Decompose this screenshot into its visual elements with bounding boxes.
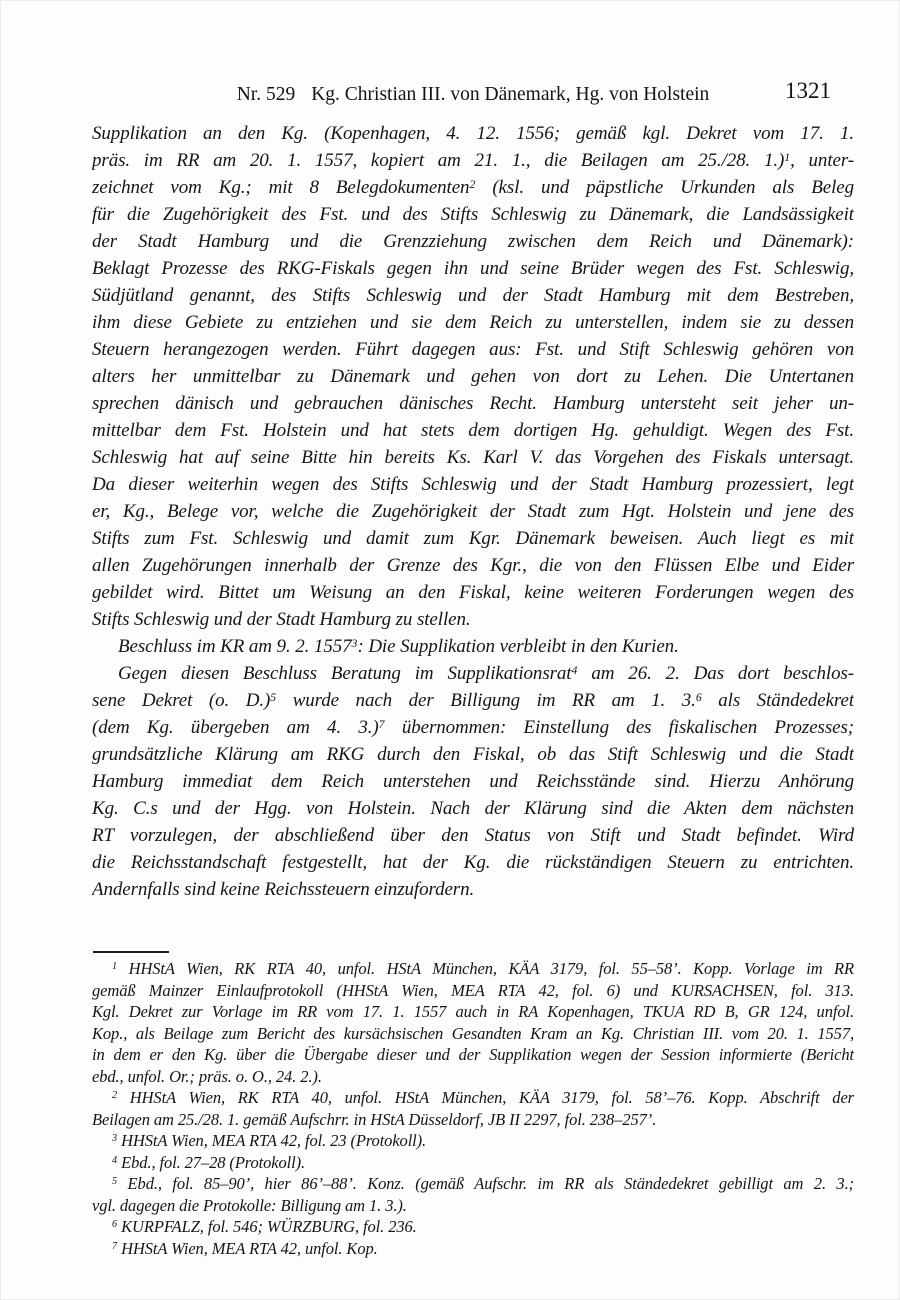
body-line: Supplikation an den Kg. (Kopenhagen, 4. … — [92, 120, 854, 147]
body-line: Südjütland genannt, des Stifts Schleswig… — [92, 282, 854, 309]
body-line: Schleswig hat auf seine Bitte hin bereit… — [92, 444, 854, 471]
footnote-line: 6 KURPFALZ, fol. 546; WÜRZBURG, fol. 236… — [92, 1216, 854, 1238]
body-line: Beschluss im KR am 9. 2. 15573: Die Supp… — [92, 633, 854, 660]
body-line: alters her unmittelbar zu Dänemark und g… — [92, 363, 854, 390]
footnote-line: in dem er den Kg. über die Übergabe dies… — [92, 1044, 854, 1066]
footnote-7: 7 HHStA Wien, MEA RTA 42, unfol. Kop. — [92, 1238, 854, 1260]
body-line: allen Zugehörungen innerhalb der Grenze … — [92, 552, 854, 579]
regest-paragraph-2: Beschluss im KR am 9. 2. 15573: Die Supp… — [92, 633, 854, 660]
body-line: für die Zugehörigkeit des Fst. und des S… — [92, 201, 854, 228]
body-line: Da dieser weiterhin wegen des Stifts Sch… — [92, 471, 854, 498]
body-line: die Reichsstandschaft festgestellt, hat … — [92, 849, 854, 876]
footnote-separator-rule — [93, 951, 169, 953]
body-line: gebildet wird. Bittet um Weisung an den … — [92, 579, 854, 606]
regest-paragraph-3: Gegen diesen Beschluss Beratung im Suppl… — [92, 660, 854, 903]
footnote-line: 2 HHStA Wien, RK RTA 40, unfol. HStA Mün… — [92, 1087, 854, 1109]
footnote-line: Beilagen am 25./28. 1. gemäß Aufschrr. i… — [92, 1109, 854, 1131]
footnote-3: 3 HHStA Wien, MEA RTA 42, fol. 23 (Proto… — [92, 1130, 854, 1152]
footnote-4: 4 Ebd., fol. 27–28 (Protokoll). — [92, 1152, 854, 1174]
footnote-line: 3 HHStA Wien, MEA RTA 42, fol. 23 (Proto… — [92, 1130, 854, 1152]
page-number: 1321 — [785, 78, 831, 104]
footnote-line: 4 Ebd., fol. 27–28 (Protokoll). — [92, 1152, 854, 1174]
body-line: RT vorzulegen, der abschließend über den… — [92, 822, 854, 849]
body-line: Beklagt Prozesse des RKG-Fiskals gegen i… — [92, 255, 854, 282]
body-line: er, Kg., Belege vor, welche die Zugehöri… — [92, 498, 854, 525]
footnote-line: 7 HHStA Wien, MEA RTA 42, unfol. Kop. — [92, 1238, 854, 1260]
body-line: der Stadt Hamburg und die Grenzziehung z… — [92, 228, 854, 255]
body-line: Stifts Schleswig und der Stadt Hamburg z… — [92, 606, 854, 633]
body-line: sprechen dänisch und gebrauchen dänische… — [92, 390, 854, 417]
footnote-line: ebd., unfol. Or.; präs. o. O., 24. 2.). — [92, 1066, 854, 1088]
body-line: ihm diese Gebiete zu entziehen und sie d… — [92, 309, 854, 336]
body-line: Kg. C.s und der Hgg. von Holstein. Nach … — [92, 795, 854, 822]
footnote-line: Kop., als Beilage zum Bericht des kursäc… — [92, 1023, 854, 1045]
running-head: Nr. 529Kg. Christian III. von Dänemark, … — [92, 84, 854, 106]
footnote-6: 6 KURPFALZ, fol. 546; WÜRZBURG, fol. 236… — [92, 1216, 854, 1238]
footnotes-block: 1 HHStA Wien, RK RTA 40, unfol. HStA Mün… — [92, 958, 854, 1259]
footnote-1: 1 HHStA Wien, RK RTA 40, unfol. HStA Mün… — [92, 958, 854, 1087]
body-line: zeichnet vom Kg.; mit 8 Belegdokumenten2… — [92, 174, 854, 201]
footnote-line: 1 HHStA Wien, RK RTA 40, unfol. HStA Mün… — [92, 958, 854, 980]
body-line: präs. im RR am 20. 1. 1557, kopiert am 2… — [92, 147, 854, 174]
footnote-line: gemäß Mainzer Einlaufprotokoll (HHStA Wi… — [92, 980, 854, 1002]
body-line: Hamburg immediat dem Reich unterstehen u… — [92, 768, 854, 795]
body-line: Gegen diesen Beschluss Beratung im Suppl… — [92, 660, 854, 687]
footnote-line: Kgl. Dekret zur Vorlage im RR vom 17. 1.… — [92, 1001, 854, 1023]
body-line: Stifts zum Fst. Schleswig und damit zum … — [92, 525, 854, 552]
body-line: sene Dekret (o. D.)5 wurde nach der Bill… — [92, 687, 854, 714]
body-line: Andernfalls sind keine Reichssteuern ein… — [92, 876, 854, 903]
regest-body: Supplikation an den Kg. (Kopenhagen, 4. … — [92, 120, 854, 903]
running-head-title: Kg. Christian III. von Dänemark, Hg. von… — [311, 84, 709, 105]
footnote-2: 2 HHStA Wien, RK RTA 40, unfol. HStA Mün… — [92, 1087, 854, 1130]
regest-paragraph-1: Supplikation an den Kg. (Kopenhagen, 4. … — [92, 120, 854, 633]
footnote-line: 5 Ebd., fol. 85–90’, hier 86’–88’. Konz.… — [92, 1173, 854, 1195]
entry-number: Nr. 529 — [237, 84, 296, 105]
body-line: mittelbar dem Fst. Holstein und hat stet… — [92, 417, 854, 444]
footnote-5: 5 Ebd., fol. 85–90’, hier 86’–88’. Konz.… — [92, 1173, 854, 1216]
footnote-line: vgl. dagegen die Protokolle: Billigung a… — [92, 1195, 854, 1217]
body-line: grundsätzliche Klärung am RKG durch den … — [92, 741, 854, 768]
body-line: Steuern herangezogen werden. Führt dageg… — [92, 336, 854, 363]
book-page: Nr. 529Kg. Christian III. von Dänemark, … — [0, 0, 900, 1300]
body-line: (dem Kg. übergeben am 4. 3.)7 übernommen… — [92, 714, 854, 741]
